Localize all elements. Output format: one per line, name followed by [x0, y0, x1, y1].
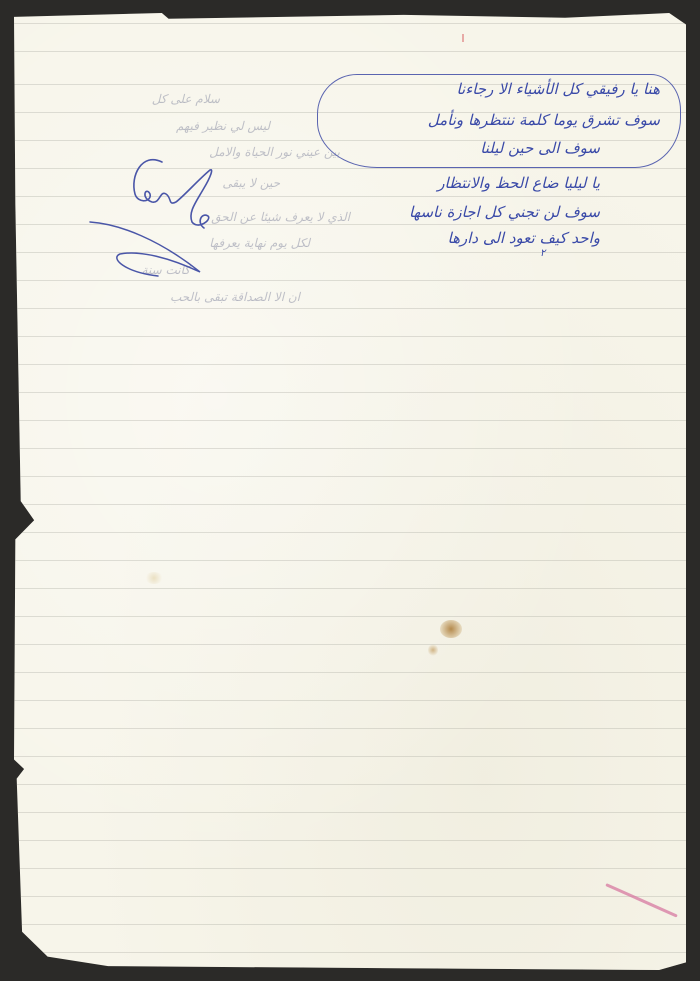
faded-line: سلام على كل — [40, 92, 220, 106]
faded-line: ليس لي نظير فيهم — [40, 119, 270, 133]
stain-mark — [440, 620, 462, 638]
boxed-note-line: هنا يا رفيقي كل الأشياء الا رجاءنا — [345, 80, 660, 98]
stain-mark — [145, 572, 163, 584]
boxed-note-line: سوف تشرق يوما كلمة ننتظرها ونأمل — [325, 111, 660, 129]
boxed-note-line: سوف الى حين ليلنا — [400, 139, 600, 157]
body-line: يا ليليا ضاع الحظ والانتظار — [350, 174, 600, 192]
stain-mark — [428, 644, 438, 656]
faded-line: ان الا الصداقة تبقى بالحب — [60, 290, 300, 304]
body-line: سوف لن تجني كل اجازة ناسها — [345, 203, 600, 221]
page-number-mark: ٢ — [540, 248, 545, 259]
body-line: واحد كيف تعود الى دارها — [335, 229, 600, 247]
red-dot-mark — [462, 34, 464, 42]
signature-icon — [80, 150, 240, 290]
